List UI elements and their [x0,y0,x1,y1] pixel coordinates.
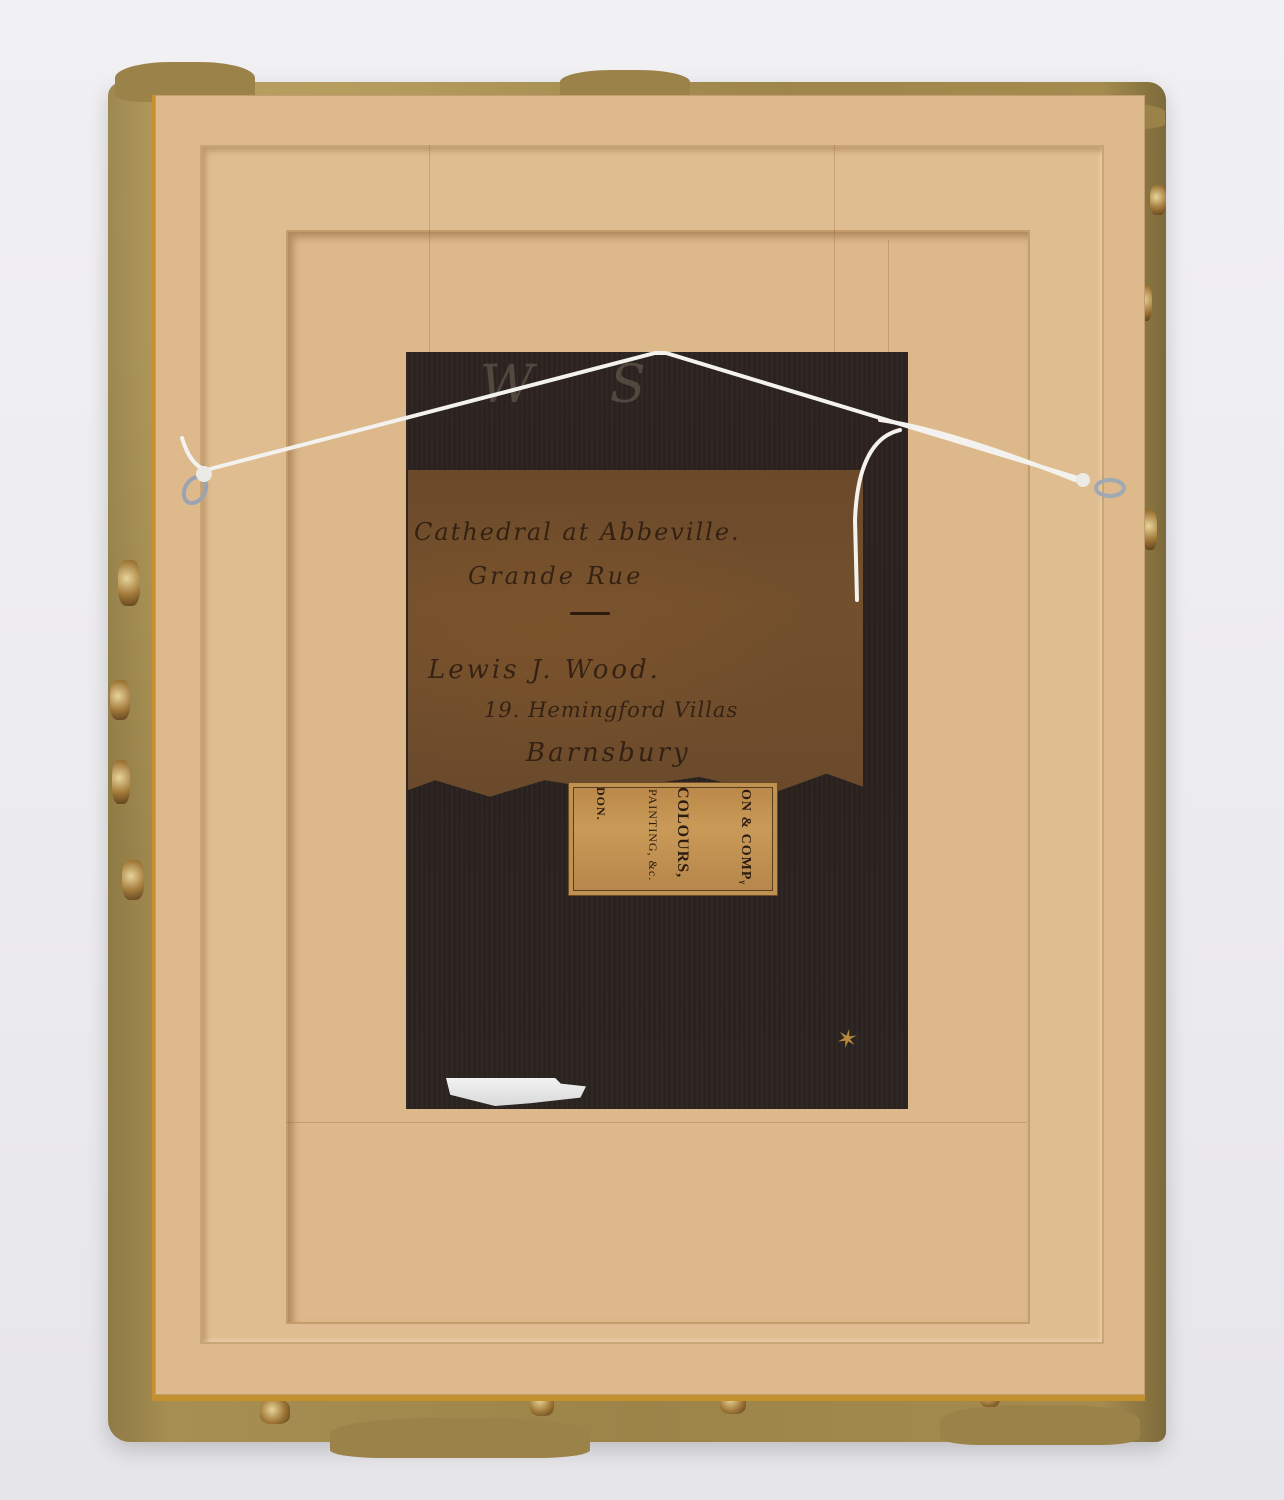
label-divider [570,612,610,615]
gilt-chip [1143,510,1157,550]
label-title: Cathedral at Abbeville. [414,518,741,546]
printed-colourman-label: ON & COMPᵧ COLOURS, PAINTING, &c. DON. [568,782,778,896]
frame-ornament-bottom [330,1418,590,1458]
gilt-chip [1150,185,1166,215]
printed-line-4: DON. [593,787,608,896]
label-artist: Lewis J. Wood. [428,655,661,685]
gilt-chip [110,680,130,720]
gilt-chip [112,760,130,804]
printed-line-2: COLOURS, [673,787,691,896]
label-address-area: Barnsbury [526,738,691,768]
printed-line-3: PAINTING, &c. [645,789,660,896]
handwritten-label: Cathedral at Abbeville. Grande Rue Lewis… [408,470,863,800]
gilt-chip [260,1400,290,1424]
paper-seam [834,145,835,355]
panel-inscription: W S [480,355,680,425]
printed-line-1: ON & COMPᵧ [737,789,753,896]
paper-seam [286,1122,1026,1123]
gilt-chip [118,560,140,606]
gilt-chip [122,860,144,900]
paper-seam [429,145,430,355]
label-subtitle: Grande Rue [468,562,643,590]
label-address-street: 19. Hemingford Villas [484,698,738,722]
frame-ornament-bottom-right [940,1405,1140,1445]
